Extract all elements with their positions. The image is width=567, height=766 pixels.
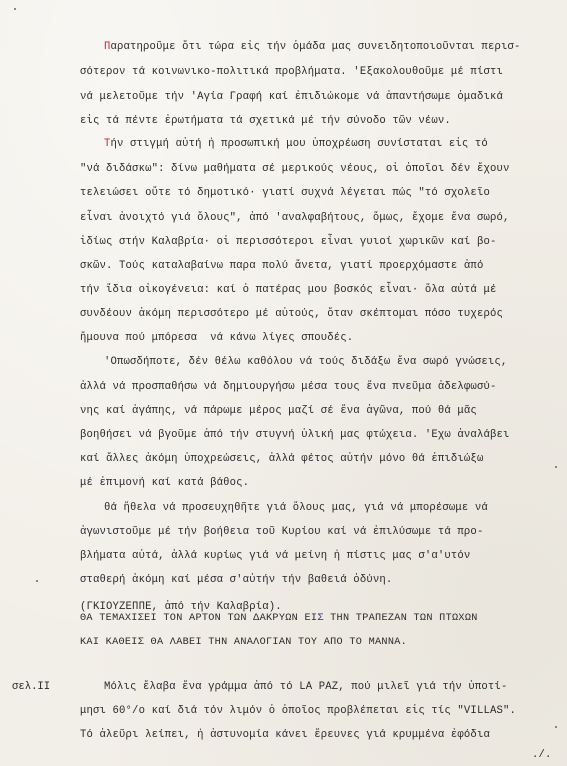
paragraph-3-line-3: νης καί ἀγάπης, νά πάρωμε μέρος μαζί σέ … [80, 404, 477, 418]
paragraph-1-line-1: Παρατηροῦμε ὅτι τώρα εἰς τήν ὁμάδα μας σ… [104, 40, 520, 54]
page-section-label: σελ.II [12, 680, 50, 694]
paragraph-4-line-2: ἀγωνιστοῦμε μέ τήν βοήθεια τοῦ Κυρίου κα… [80, 525, 483, 539]
continuation-mark: ./. [532, 748, 552, 762]
paragraph-3-line-2: ἀλλά νά προσπαθήσω νά δημιουργήσω μέσα τ… [80, 380, 496, 394]
text: ΘΑ ΤΕΜΑΧΙΣΕΙ ΤΟΝ ΑΡΤΟΝ ΤΩΝ ΔΑΚΡΥΩΝ ΕΙ [80, 613, 317, 624]
paper-speck [555, 466, 557, 468]
paragraph-3-line-4: βοηθήσει νά βγοῦμε ἀπό τήν στυγνή ὑλική … [80, 428, 509, 442]
paragraph-1-line-2: σότερον τά κοινωνικο-πολιτικά προβλήματα… [80, 65, 503, 79]
paragraph-4-line-3: βλήματα αὐτά, ἀλλά κυρίως γιά νά μείνη ἡ… [80, 549, 470, 563]
paragraph-3-line-6: μέ ἐπιμονή καί κατά βάθος. [80, 476, 249, 490]
text: ήν στιγμή αὐτή ἡ προσωπική μου ὑποχρέωση… [111, 138, 488, 150]
paper-speck [36, 580, 38, 582]
quote-line-2: ΚΑΙ ΚΑΘΕΙΣ ΘΑ ΛΑΒΕΙ ΤΗΝ ΑΝΑΛΟΓΙΑΝ ΤΟΥ ΑΠ… [80, 636, 407, 650]
paragraph-2-line-2: "νά διδάσκω": δίνω μαθήματα σέ μερικούς … [80, 162, 509, 176]
paragraph-2-line-3: τελειώσει οὔτε τό δημοτικό· γιατί συχνά … [80, 186, 490, 200]
text: αρατηροῦμε ὅτι τώρα εἰς τήν ὁμάδα μας συ… [111, 41, 521, 53]
paragraph-3-line-1: 'Οπωσδήποτε, δέν θέλω καθόλου νά τούς δι… [104, 355, 507, 369]
paragraph-2-line-8: συνδέουν ἀκόμη περισσότερο μέ αὐτούς, ὅτ… [80, 307, 503, 321]
paper-speck [14, 8, 16, 10]
section-line-3: Τό ἀλεῦρι λείπει, ἡ ἀστυνομία κάνει ἔρευ… [80, 728, 490, 742]
paragraph-2-line-6: σκῶν. Τούς καταλαβαίνω παρα πολύ ἄνετα, … [80, 259, 483, 273]
section-line-1: Μόλις ἔλαβα ἕνα γράμμα ἀπό τό LA PAZ, πο… [104, 680, 507, 694]
paragraph-3-line-5: καί ἄλλες ἀκόμη ὑποχρεώσεις, ἀλλά φέτος … [80, 452, 483, 466]
paper-speck [555, 726, 557, 728]
paragraph-2-line-1: Τήν στιγμή αὐτή ἡ προσωπική μου ὑποχρέωσ… [104, 137, 488, 151]
text: ΤΗΝ ΤΡΑΠΕΖΑΝ ΤΩΝ ΠΤΩΧΩΝ [324, 613, 478, 624]
paragraph-2-line-9: ἤμουνα πού μπόρεσα νά κάνω λίγες σπουδές… [80, 331, 353, 345]
section-line-2: μησι 60°/ο καί διά τόν λιμόν ὁ ὁποῖος πρ… [80, 704, 516, 718]
typewritten-page: Παρατηροῦμε ὅτι τώρα εἰς τήν ὁμάδα μας σ… [0, 0, 567, 766]
paragraph-1-line-3: νά μελετοῦμε τήν 'Αγία Γραφή καί ἐπιδιώκ… [80, 90, 503, 104]
quote-line-1: ΘΑ ΤΕΜΑΧΙΣΕΙ ΤΟΝ ΑΡΤΟΝ ΤΩΝ ΔΑΚΡΥΩΝ ΕΙΣ Τ… [80, 612, 478, 626]
paragraph-4-line-4: σταθερή ἀκόμη καί μέσα σ'αὐτήν τήν βαθει… [80, 573, 392, 587]
paragraph-2-line-4: εἶναι ἀνοιχτό γιά ὅλους", ἀπό 'αναλφαβήτ… [80, 211, 509, 225]
paragraph-4-line-1: θά ἤθελα νά προσευχηθῆτε γιά ὅλους μας, … [104, 501, 488, 515]
paragraph-2-line-5: ἰδίως στήν Καλαβρία· οἱ περισσότεροι εἶν… [80, 235, 496, 249]
paragraph-2-line-7: τήν ἴδια οἰκογένεια: καί ὁ πατέρας μου β… [80, 283, 496, 297]
paragraph-1-line-4: εἰς τά πέντε ἐρωτήματα τά σχετικά μέ τήν… [80, 114, 451, 128]
